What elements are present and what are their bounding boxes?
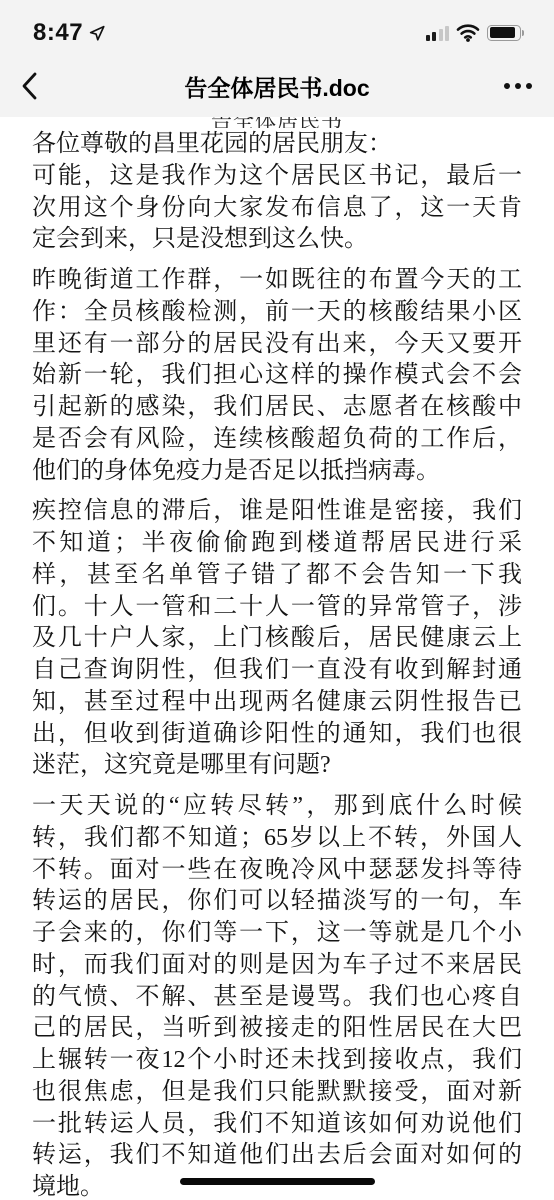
ellipsis-icon	[526, 83, 532, 89]
text-line: 始新一轮，我们担心这样的操作模式会不会	[32, 360, 522, 392]
text-line: 昨晚街道工作群，一如既往的布置今天的工	[32, 265, 522, 297]
document-paragraph: 疾控信息的滞后，谁是阳性谁是密接，我们不知道；半夜偷偷跑到楼道帮居民进行采样，甚…	[32, 496, 522, 782]
text-line: 次用这个身份向大家发布信息了，这一天肯	[32, 193, 522, 225]
text-line: 出，但收到街道确诊阳性的通知，我们也很	[32, 719, 522, 751]
text-line: 境地。	[32, 1172, 522, 1200]
text-line: 可能，这是我作为这个居民区书记，最后一	[32, 161, 522, 193]
back-button[interactable]	[20, 69, 50, 103]
text-line: 子会来的，你们等一下，这一等就是几个小	[32, 918, 522, 950]
text-line: 样，甚至名单管子错了都不会告知一下我	[32, 560, 522, 592]
text-line: 疾控信息的滞后，谁是阳性谁是密接，我们	[32, 496, 522, 528]
home-indicator[interactable]	[180, 1178, 375, 1185]
text-line: 知，甚至过程中出现两名健康云阴性报告已	[32, 687, 522, 719]
ellipsis-icon	[504, 83, 510, 89]
nav-bar: 告全体居民书.doc	[0, 55, 554, 117]
text-line: 引起新的感染，我们居民、志愿者在核酸中	[32, 392, 522, 424]
text-line: 们。十人一管和二十人一管的异常管子，涉	[32, 592, 522, 624]
status-left: 8:47	[33, 19, 106, 47]
document-paragraph: 一天天说的“应转尽转”，那到底什么时候转，我们都不知道；65岁以上不转，外国人不…	[32, 791, 522, 1200]
clock: 8:47	[33, 19, 83, 47]
text-line: 时，而我们面对的则是因为车子过不来居民	[32, 950, 522, 982]
text-line: 己的居民，当听到被接走的阳性居民在大巴	[32, 1013, 522, 1045]
text-line: 及几十户人家，上门核酸后，居民健康云上	[32, 623, 522, 655]
status-bar: 8:47	[0, 0, 554, 55]
location-arrow-icon	[88, 24, 106, 42]
document-viewer[interactable]: 告全体居民书 各位尊敬的昌里花园的居民朋友：可能，这是我作为这个居民区书记，最后…	[0, 117, 554, 1200]
text-line: 上辗转一夜12个小时还未找到接收点，我们	[32, 1045, 522, 1077]
document-paragraph: 昨晚街道工作群，一如既往的布置今天的工作：全员核酸检测，前一天的核酸结果小区里还…	[32, 265, 522, 487]
document-title: 告全体居民书.doc	[70, 70, 484, 103]
text-line: 里还有一部分的居民没有出来，今天又要开	[32, 329, 522, 361]
text-line: 也很焦虑，但是我们只能默默接受，面对新	[32, 1077, 522, 1109]
text-line: 一天天说的“应转尽转”，那到底什么时候	[32, 791, 522, 823]
text-line: 一批转运人员，我们不知道该如何劝说他们	[32, 1109, 522, 1141]
ellipsis-icon	[515, 83, 521, 89]
battery-icon	[487, 25, 524, 41]
text-line: 转，我们都不知道；65岁以上不转，外国人	[32, 823, 522, 855]
text-line: 转运的居民，你们可以轻描淡写的一句，车	[32, 886, 522, 918]
document-paragraph: 各位尊敬的昌里花园的居民朋友：可能，这是我作为这个居民区书记，最后一次用这个身份…	[32, 129, 522, 256]
text-line: 转运，我们不知道他们出去后会面对如何的	[32, 1140, 522, 1172]
cellular-signal-icon	[426, 25, 450, 41]
clipped-document-heading: 告全体居民书	[32, 117, 522, 128]
text-line: 各位尊敬的昌里花园的居民朋友：	[32, 129, 522, 161]
document-body: 各位尊敬的昌里花园的居民朋友：可能，这是我作为这个居民区书记，最后一次用这个身份…	[32, 128, 522, 1200]
text-line: 作：全员核酸检测，前一天的核酸结果小区	[32, 297, 522, 329]
text-line: 迷茫，这究竟是哪里有问题?	[32, 750, 522, 782]
top-chrome: 8:47	[0, 0, 554, 117]
text-line: 不知道；半夜偷偷跑到楼道帮居民进行采	[32, 528, 522, 560]
more-button[interactable]	[502, 75, 534, 97]
chevron-left-icon	[20, 69, 40, 103]
text-line: 自己查询阴性，但我们一直没有收到解封通	[32, 655, 522, 687]
text-line: 定会到来，只是没想到这么快。	[32, 224, 522, 256]
text-line: 是否会有风险，连续核酸超负荷的工作后，	[32, 424, 522, 456]
text-line: 不转。面对一些在夜晚冷风中瑟瑟发抖等待	[32, 855, 522, 887]
text-line: 他们的身体免疫力是否足以抵挡病毒。	[32, 456, 522, 488]
text-line: 的气愤、不解、甚至是谩骂。我们也心疼自	[32, 982, 522, 1014]
status-right	[426, 24, 525, 42]
wifi-icon	[456, 24, 480, 42]
